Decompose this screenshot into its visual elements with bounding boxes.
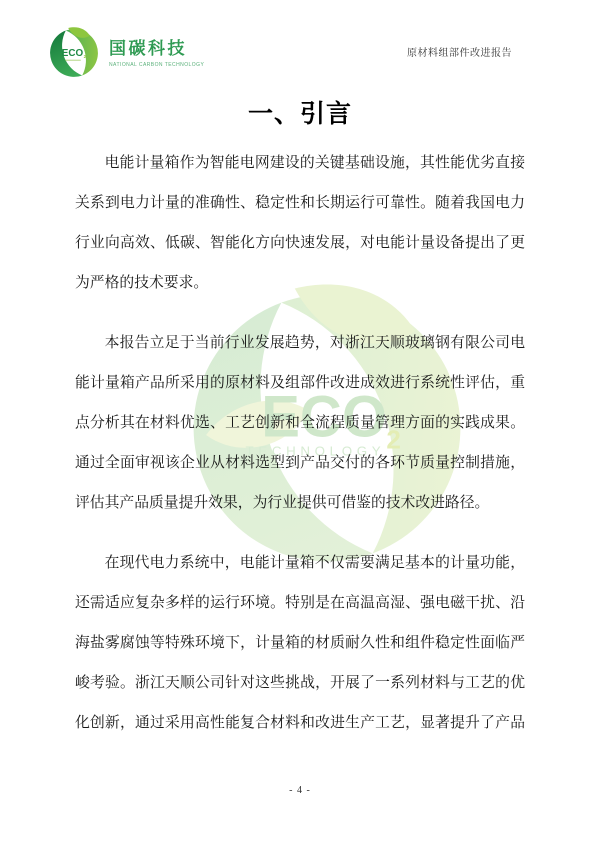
page-number: - 4 - <box>0 785 600 796</box>
page-header: ECO 2 国碳科技 NATIONAL CARBON TECHNOLOGY 原材… <box>0 0 600 83</box>
paragraph-line: 还需适应复杂多样的运行环境。特别是在高温高湿、强电磁干扰、沿 <box>75 583 525 623</box>
paragraph-line: 本报告立足于当前行业发展趋势，对浙江天顺玻璃钢有限公司电 <box>75 323 525 363</box>
paragraph-line: 点分析其在材料优选、工艺创新和全流程质量管理方面的实践成果。 <box>75 403 525 443</box>
paragraph-line: 为严格的技术要求。 <box>75 263 525 303</box>
paragraph-line: 评估其产品质量提升效果，为行业提供可借鉴的技术改进路径。 <box>75 483 525 523</box>
section-title: 一、引言 <box>0 95 600 133</box>
body-text: 电能计量箱作为智能电网建设的关键基础设施，其性能优劣直接 关系到电力计量的准确性… <box>75 143 525 743</box>
paragraph: 本报告立足于当前行业发展趋势，对浙江天顺玻璃钢有限公司电 能计量箱产品所采用的原… <box>75 323 525 523</box>
document-page: ECO 2 TECHNOLOGY <box>0 0 600 849</box>
paragraph-line: 海盐雾腐蚀等特殊环境下，计量箱的材质耐久性和组件稳定性面临严 <box>75 623 525 663</box>
paragraph-line: 行业向高效、低碳、智能化方向快速发展，对电能计量设备提出了更 <box>75 223 525 263</box>
paragraph-line: 电能计量箱作为智能电网建设的关键基础设施，其性能优劣直接 <box>75 143 525 183</box>
company-name: 国碳科技 <box>109 38 204 60</box>
company-logo: ECO 2 国碳科技 NATIONAL CARBON TECHNOLOGY <box>48 27 204 79</box>
logo-text-block: 国碳科技 NATIONAL CARBON TECHNOLOGY <box>109 38 204 68</box>
paragraph-line: 在现代电力系统中，电能计量箱不仅需要满足基本的计量功能， <box>75 543 525 583</box>
paragraph: 电能计量箱作为智能电网建设的关键基础设施，其性能优劣直接 关系到电力计量的准确性… <box>75 143 525 303</box>
paragraph-line: 峻考验。浙江天顺公司针对这些挑战，开展了一系列材料与工艺的优 <box>75 663 525 703</box>
paragraph: 在现代电力系统中，电能计量箱不仅需要满足基本的计量功能， 还需适应复杂多样的运行… <box>75 543 525 743</box>
company-tagline: NATIONAL CARBON TECHNOLOGY <box>109 62 204 68</box>
logo-eco-text: ECO <box>62 48 84 59</box>
logo-eco-subscript: 2 <box>84 54 87 59</box>
paragraph-line: 能计量箱产品所采用的原材料及组部件改进成效进行系统性评估，重 <box>75 363 525 403</box>
paragraph-line: 通过全面审视该企业从材料选型到产品交付的各环节质量控制措施， <box>75 443 525 483</box>
document-type-label: 原材料组部件改进报告 <box>407 44 512 59</box>
paragraph-line: 化创新，通过采用高性能复合材料和改进生产工艺，显著提升了产品 <box>75 703 525 743</box>
paragraph-line: 关系到电力计量的准确性、稳定性和长期运行可靠性。随着我国电力 <box>75 183 525 223</box>
eco-logo-icon: ECO 2 <box>48 27 100 79</box>
logo-divider <box>65 60 81 61</box>
